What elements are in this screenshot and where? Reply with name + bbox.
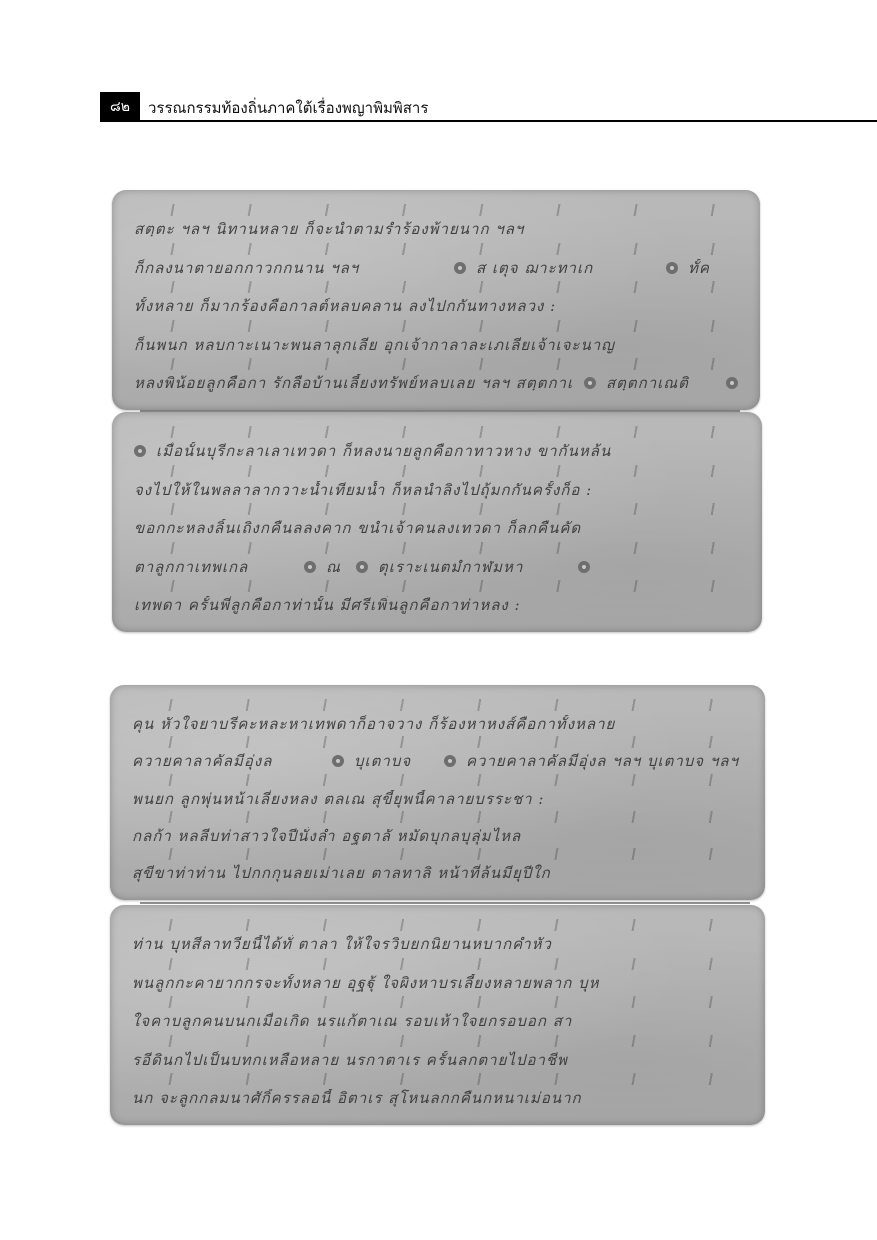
manuscript-line: หลงพิน้อยลูกคือกา รักลือบ้านเลี้ยงทรัพย์… bbox=[134, 372, 738, 392]
manuscript-line: ท่าน บุหสีลาทวียนี้ได้ทั่ ตาลา ให้ใจรวิบ… bbox=[132, 933, 743, 953]
running-header: ๘๒ วรรณกรรมท้องถิ่นภาคใต้เรื่องพญาพิมพิส… bbox=[100, 92, 877, 122]
manuscript-line: รอีดินกไปเป็นบทกเหลือหลาย นรกาตาเร ครั้น… bbox=[132, 1049, 743, 1069]
manuscript-line: เมื่อนั้นบุรีกะลาเลาเทวดา ก็หลงนายลูกคือ… bbox=[134, 440, 740, 460]
manuscript-line: สตฺตะ ฯลฯ นิทานหลาย ก็จะนำตามรำร้องพ้ายน… bbox=[134, 218, 738, 238]
bullet-mark-icon bbox=[444, 755, 456, 767]
manuscript-line: เทพดา ครั้นพี่ลูกคือกาท่านั้น มีศรีเพิ่น… bbox=[134, 594, 740, 614]
bullet-mark-icon bbox=[578, 561, 590, 573]
manuscript-line: พนยก ลูกพุ่นหน้าเลี่ยงหลง ตลเณ สุขี้ยุพน… bbox=[132, 788, 743, 808]
manuscript-line: คุน หัวใจยาบรีคะหละหาเทพดาก็อาจวาง ก็ร้อ… bbox=[132, 713, 743, 733]
bullet-mark-icon bbox=[332, 755, 344, 767]
bullet-mark-icon bbox=[134, 445, 146, 457]
bullet-mark-icon bbox=[584, 377, 596, 389]
manuscript-line: ควายคาลาคัลมีอุ่งลบุเตาบจควายคาลาคัลมีอุ… bbox=[132, 750, 743, 770]
header-rule bbox=[100, 120, 877, 122]
manuscript-line: กลก้า หลลีบท่าสาวใจปีนั่งลำ อฐตาลั หมัดบ… bbox=[132, 825, 743, 845]
manuscript-line: สุขีขาท่าท่าน ไปกกกุนลยเม่าเลย ตาลทาลิ ห… bbox=[132, 862, 743, 882]
bullet-mark-icon bbox=[356, 561, 368, 573]
manuscript-leaf: คุน หัวใจยาบรีคะหละหาเทพดาก็อาจวาง ก็ร้อ… bbox=[110, 685, 765, 900]
bullet-mark-icon bbox=[454, 262, 466, 274]
manuscript-line: นก จะลูกกลมนาศักิ์ครรลอนี้ อิตาเร สุโหนล… bbox=[132, 1087, 743, 1107]
bullet-mark-icon bbox=[726, 377, 738, 389]
manuscript-line: ทั้งหลาย ก็มากร้องคือกาลต์หลบคลาน ลงไปกก… bbox=[134, 295, 738, 315]
manuscript-leaf: เมื่อนั้นบุรีกะลาเลาเทวดา ก็หลงนายลูกคือ… bbox=[112, 412, 762, 632]
bullet-mark-icon bbox=[304, 561, 316, 573]
manuscript-line: ก็นพนก หลบกาะเนาะพนลาลุกเลีย อุกเจ้ากาลา… bbox=[134, 334, 738, 354]
leaf-seam bbox=[140, 902, 750, 904]
manuscript-line: จงไปให้ในพลลาลากวาะน้ำเทียมน้ำ ก็หลนำลิง… bbox=[134, 479, 740, 499]
manuscript-line: ตาลูกกาเทพเกลณตุเราะเนตมํกาฬมหาตาลูกกาเท… bbox=[134, 556, 740, 576]
running-title: วรรณกรรมท้องถิ่นภาคใต้เรื่องพญาพิมพิสาร bbox=[148, 96, 428, 120]
manuscript-line: ใจคาบลูกคนบนกเมื่อเกิด นรแก้ตาเณ รอบเห้า… bbox=[132, 1010, 743, 1030]
manuscript-line: พนลูกกะคายากกรจะทั้งหลาย อุฐฐุ้ ใจผิงหาบ… bbox=[132, 972, 743, 992]
manuscript-line: ก็กลงนาตายอกกาวกกนาน ฯลฯส เตุจ ฌาะทาเกทั… bbox=[134, 257, 738, 277]
manuscript-leaf: สตฺตะ ฯลฯ นิทานหลาย ก็จะนำตามรำร้องพ้ายน… bbox=[112, 190, 760, 410]
page-number: ๘๒ bbox=[100, 92, 140, 122]
manuscript-line: ขอกกะหลงลิ้นเถิงกคืนลลงคาก ขนำเจ้าคนลงเท… bbox=[134, 517, 740, 537]
bullet-mark-icon bbox=[666, 262, 678, 274]
manuscript-leaf: ท่าน บุหสีลาทวียนี้ได้ทั่ ตาลา ให้ใจรวิบ… bbox=[110, 905, 765, 1125]
